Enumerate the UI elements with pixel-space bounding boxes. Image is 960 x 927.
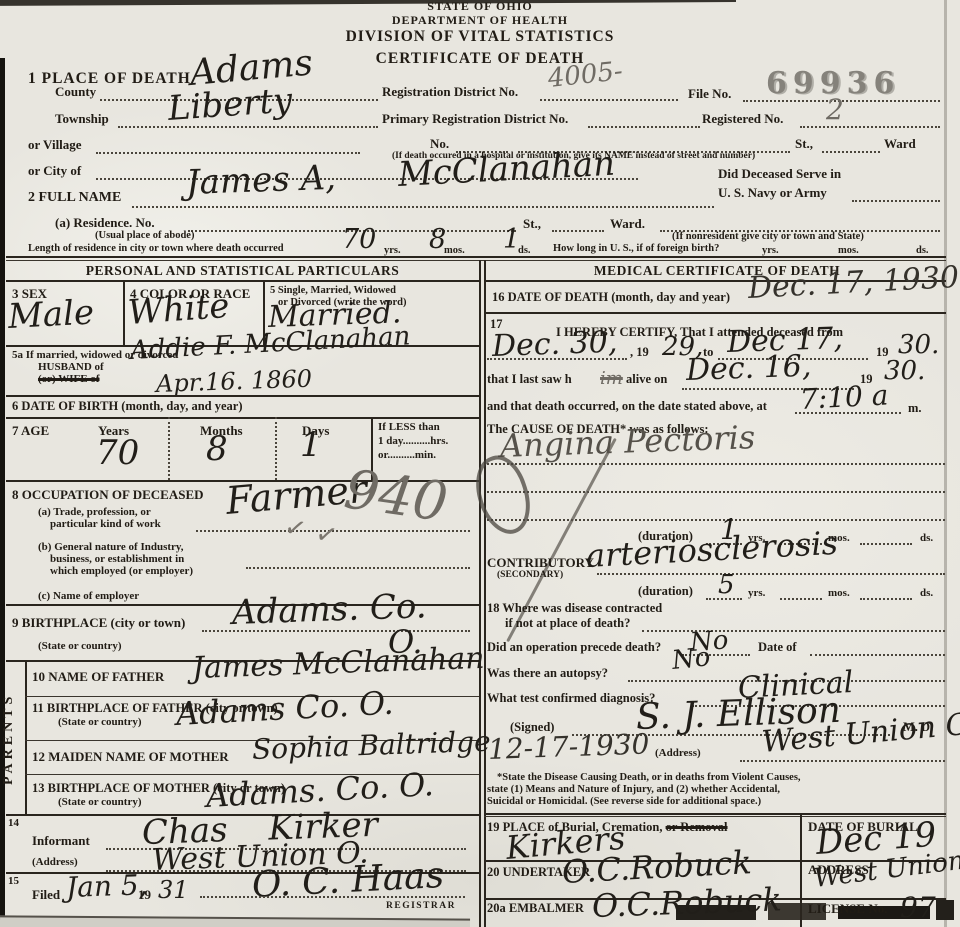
mother-name-value: Sophia Baltridge xyxy=(252,728,492,764)
parents-border xyxy=(25,660,27,815)
scribble-940: 940 xyxy=(341,462,451,530)
contracted-label-2: if not at place of death? xyxy=(505,617,630,631)
age-days-value: 1 xyxy=(300,428,322,462)
village-label: or Village xyxy=(28,138,82,152)
dotted-line xyxy=(118,126,378,128)
sex-value: Male xyxy=(7,296,95,334)
county-label: County xyxy=(55,85,96,99)
dotted-line xyxy=(552,230,604,232)
cause-of-death-value: Angina Pectoris xyxy=(499,421,755,462)
rule-line xyxy=(6,260,946,261)
header-state: STATE OF OHIO xyxy=(0,0,960,13)
header-title: CERTIFICATE OF DEATH xyxy=(0,50,960,67)
dotted-line xyxy=(810,654,945,656)
dotted-line xyxy=(132,206,714,208)
abode-note: (Usual place of abode) xyxy=(95,230,194,242)
reg-district-label: Registration District No. xyxy=(382,85,518,99)
rule-line xyxy=(6,256,946,258)
header-division: DIVISION OF VITAL STATISTICS xyxy=(0,28,960,45)
ds-label: ds. xyxy=(518,245,531,257)
primary-reg-label: Primary Registration District No. xyxy=(382,112,568,126)
how-long-us-label: How long in U. S., if of foreign birth? xyxy=(553,243,719,255)
dotted-line xyxy=(780,598,822,600)
last-saw-label: that I last saw h xyxy=(487,373,572,387)
burial-cell-divider xyxy=(800,813,802,927)
operation-label: Did an operation precede death? xyxy=(487,641,661,655)
rule-line xyxy=(484,816,946,817)
dotted-line xyxy=(597,573,945,575)
father-name-label: 10 NAME OF FATHER xyxy=(32,670,164,684)
column-divider xyxy=(484,260,486,927)
signed-address-label: (Address) xyxy=(655,747,701,759)
footnote-line-2: state (1) Means and Nature of Injury, an… xyxy=(487,784,780,796)
death-certificate-scan: STATE OF OHIO DEPARTMENT OF HEALTH DIVIS… xyxy=(0,0,960,927)
age-years-value: 70 xyxy=(96,436,139,470)
mos-label-2: mos. xyxy=(838,245,859,257)
occupation-a-label-1: (a) Trade, profession, or xyxy=(38,506,151,518)
alive-on-label: alive on xyxy=(626,373,667,387)
fullname-first: James A, xyxy=(185,161,336,200)
nonresident-note: (If nonresident give city or town and St… xyxy=(672,231,864,243)
mos-label-4: mos. xyxy=(828,587,850,599)
embalmer-label: 20a EMBALMER xyxy=(487,902,584,916)
dotted-line xyxy=(795,412,901,414)
occupation-label: 8 OCCUPATION OF DECEASED xyxy=(12,488,204,502)
dotted-line xyxy=(860,543,912,545)
test-label: What test confirmed diagnosis? xyxy=(487,692,655,706)
dotted-line xyxy=(860,598,912,600)
occupation-a-label-2: particular kind of work xyxy=(50,518,161,530)
informant-number: 14 xyxy=(8,817,19,829)
occupation-b-label-1: (b) General nature of Industry, xyxy=(38,541,184,553)
footnote-line-1: *State the Disease Causing Death, or in … xyxy=(497,772,801,784)
cell-divider xyxy=(275,417,277,480)
last-saw-struck: im xyxy=(600,370,623,388)
mother-birthplace-value: Adams. Co. O. xyxy=(205,768,434,812)
less-label-3: or..........min. xyxy=(378,449,436,461)
dotted-line xyxy=(246,567,470,569)
age-months-value: 8 xyxy=(206,432,228,466)
parents-vertical-label: PARENTS xyxy=(1,663,24,815)
occupation-b-label-2: business, or establishment in xyxy=(50,553,184,565)
fullname-label: 2 FULL NAME xyxy=(28,190,121,205)
filed-label: Filed xyxy=(32,888,60,902)
death-occurred-label: and that death occurred, on the date sta… xyxy=(487,400,767,414)
scan-edge-bottom xyxy=(0,915,470,927)
place-of-death-label: 1 PLACE OF DEATH xyxy=(28,70,191,87)
residence-st-label: St., xyxy=(523,217,541,231)
birthplace-label: 9 BIRTHPLACE (city or town) xyxy=(12,616,185,630)
yrs-label-4: yrs. xyxy=(748,587,765,599)
ds-label-3: ds. xyxy=(920,532,933,544)
file-no-label: File No. xyxy=(688,87,731,101)
scan-blot-4 xyxy=(936,900,954,920)
city-label: or City of xyxy=(28,164,81,178)
rule-line xyxy=(6,395,479,397)
autopsy-label: Was there an autopsy? xyxy=(487,667,608,681)
father-birthplace-state-label: (State or country) xyxy=(58,716,142,728)
dotted-line xyxy=(642,630,945,632)
yrs-label: yrs. xyxy=(384,245,401,257)
dob-value: Apr.16. 1860 xyxy=(156,367,313,396)
duration-label-2: (duration) xyxy=(638,585,693,599)
filed-number: 15 xyxy=(8,875,19,887)
dotted-line xyxy=(540,99,678,101)
registered-no-label: Registered No. xyxy=(702,112,783,126)
column-divider xyxy=(479,260,481,927)
less-label-1: If LESS than xyxy=(378,421,440,433)
birthplace-state-label: (State or country) xyxy=(38,640,122,652)
saw-year-value: 30. xyxy=(884,358,925,384)
dotted-line xyxy=(487,519,945,521)
occupation-b-label-3: which employed (or employer) xyxy=(50,565,193,577)
length-yrs-value: 70 xyxy=(342,226,376,253)
contrib-duration-yrs: 5 xyxy=(718,572,735,598)
from-year-pre: , 19 xyxy=(630,346,649,360)
informant-address-label: (Address) xyxy=(32,856,78,868)
burial-removal-struck: or Removal xyxy=(666,820,728,834)
served-label-1: Did Deceased Serve in xyxy=(718,167,841,181)
length-residence-label: Length of residence in city or town wher… xyxy=(28,243,284,255)
cell-divider xyxy=(123,280,125,345)
license-value: 97 xyxy=(900,894,936,922)
mother-birthplace-state-label: (State or country) xyxy=(58,796,142,808)
attended-from-value: Dec. 30, xyxy=(491,328,617,362)
date-of-death-label: 16 DATE OF DEATH (month, day and year) xyxy=(492,291,730,305)
occupation-c-label: (c) Name of employer xyxy=(38,590,139,602)
race-value: White xyxy=(127,289,231,330)
contributory-value: arteriosclerosis xyxy=(585,527,838,572)
mos-label: mos. xyxy=(444,245,465,257)
dotted-line xyxy=(487,358,627,360)
township-value: Liberty xyxy=(167,83,294,126)
last-saw-value: Dec. 16, xyxy=(685,352,811,386)
less-label-2: 1 day..........hrs. xyxy=(378,435,448,447)
residence-ward-label: Ward. xyxy=(610,217,645,231)
dotted-line xyxy=(822,151,880,153)
date-of-label: Date of xyxy=(758,641,797,655)
death-time-value: 7:10 a xyxy=(799,381,889,414)
header-dept: DEPARTMENT OF HEALTH xyxy=(0,14,960,27)
ds-label-4: ds. xyxy=(920,587,933,599)
personal-title: PERSONAL AND STATISTICAL PARTICULARS xyxy=(6,264,479,279)
residence-label: (a) Residence. No. xyxy=(55,216,155,230)
ward-label: Ward xyxy=(884,137,916,151)
registered-no-value: 2 xyxy=(826,96,844,124)
fullname-last: McClanahan xyxy=(397,147,616,192)
signed-date-value: 12-17-1930 xyxy=(488,730,650,764)
rule-line xyxy=(484,312,946,314)
dotted-line xyxy=(96,152,360,154)
informant-label: Informant xyxy=(32,834,90,848)
to-year-value: 30. xyxy=(898,332,939,358)
autopsy-value: No xyxy=(671,644,712,674)
dotted-line xyxy=(800,126,940,128)
cell-divider xyxy=(168,417,170,480)
contracted-label-1: 18 Where was disease contracted xyxy=(487,602,662,616)
yrs-label-2: yrs. xyxy=(762,245,779,257)
filed-year-value: 31 xyxy=(158,878,189,902)
marital-label-1: 5 Single, Married, Widowed xyxy=(270,285,396,297)
filed-year-pre: 19 xyxy=(138,888,151,902)
age-label: 7 AGE xyxy=(12,424,49,438)
filed-date-value: Jan 5, xyxy=(66,871,149,902)
footnote-line-3: Suicidal or Homicidal. (See reverse side… xyxy=(487,796,761,808)
township-label: Township xyxy=(55,112,109,126)
rule-line xyxy=(6,280,479,282)
husband-label-2: HUSBAND of xyxy=(38,361,104,373)
m-label: m. xyxy=(908,402,922,416)
secondary-label: (SECONDARY) xyxy=(497,570,563,580)
father-birthplace-value: Adams Co. O. xyxy=(175,687,394,730)
ds-label-2: ds. xyxy=(916,245,929,257)
wife-label-struck: (or) WIFE of xyxy=(38,373,100,385)
dotted-line xyxy=(852,200,940,202)
dotted-line xyxy=(200,896,465,898)
dotted-line xyxy=(740,760,945,762)
dob-label: 6 DATE OF BIRTH (month, day, and year) xyxy=(12,400,243,414)
served-label-2: U. S. Navy or Army xyxy=(718,186,827,200)
registrar-label: REGISTRAR xyxy=(386,901,456,911)
contributory-label: CONTRIBUTORY xyxy=(487,556,594,570)
dotted-line xyxy=(487,491,945,493)
rule-line xyxy=(484,813,946,815)
dotted-line xyxy=(487,463,945,465)
rule-line xyxy=(6,417,479,419)
embalmer-value: O.C.Robuck xyxy=(591,883,782,922)
license-label: LICENSE No. xyxy=(808,902,887,916)
mother-name-label: 12 MAIDEN NAME OF MOTHER xyxy=(32,750,229,764)
street-no-label: No. xyxy=(430,137,449,151)
pencil-checkmarks: ✓✓ xyxy=(282,512,350,555)
father-name-value: James McClanahan xyxy=(191,644,485,684)
date-of-death-value: Dec. 17, 1930 xyxy=(747,263,960,304)
reg-district-value: 4005- xyxy=(547,58,624,92)
street-label: St., xyxy=(795,137,813,151)
dotted-line xyxy=(588,126,700,128)
